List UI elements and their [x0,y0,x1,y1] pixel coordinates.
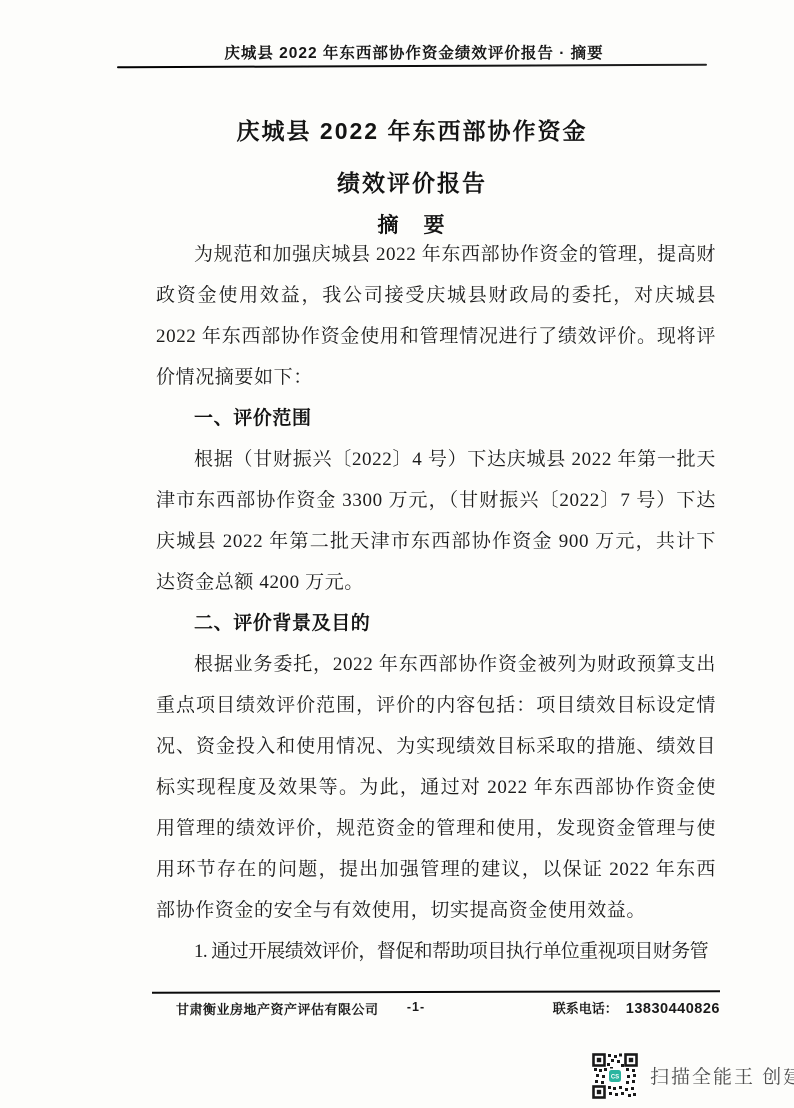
paragraph-background: 根据业务委托，2022 年东西部协作资金被列为财政预算支出重点项目绩效评价范围，… [156,644,716,931]
header-rule [117,64,707,69]
document-body: 为规范和加强庆城县 2022 年东西部协作资金的管理，提高财政资金使用效益，我公… [156,234,716,990]
paragraph-scope: 根据（甘财振兴〔2022〕4 号）下达庆城县 2022 年第一批天津市东西部协作… [156,439,716,603]
paragraph-intro: 为规范和加强庆城县 2022 年东西部协作资金的管理，提高财政资金使用效益，我公… [156,234,716,398]
paragraph-point-1: 1. 通过开展绩效评价，督促和帮助项目执行单位重视项目财务管 [156,931,716,972]
footer-contact: 联系电话：13830440826 [553,998,720,1017]
scanned-document-page: 庆城县 2022 年东西部协作资金绩效评价报告 · 摘要 庆城县 2022 年东… [0,0,794,1108]
footer: 甘肃衡业房地产资产评估有限公司 -1- 联系电话：13830440826 [152,997,720,1019]
running-header-title: 庆城县 2022 年东西部协作资金绩效评价报告 · 摘要 [120,41,708,63]
footer-contact-label: 联系电话： [553,1001,618,1016]
camscanner-badge-label: 扫描全能王 创建 [650,1062,794,1089]
qr-code-icon: CS [592,1053,638,1099]
camscanner-badge: CS 扫描全能王 创建 [592,1051,792,1101]
section-heading-2: 二、评价背景及目的 [156,603,716,644]
report-title-line-1: 庆城县 2022 年东西部协作资金 [117,113,707,146]
report-title-line-2: 绩效评价报告 [117,165,707,198]
section-heading-1: 一、评价范围 [156,398,716,439]
footer-rule [152,990,720,994]
footer-phone-number: 13830440826 [618,1001,720,1017]
svg-text:CS: CS [611,1075,619,1081]
